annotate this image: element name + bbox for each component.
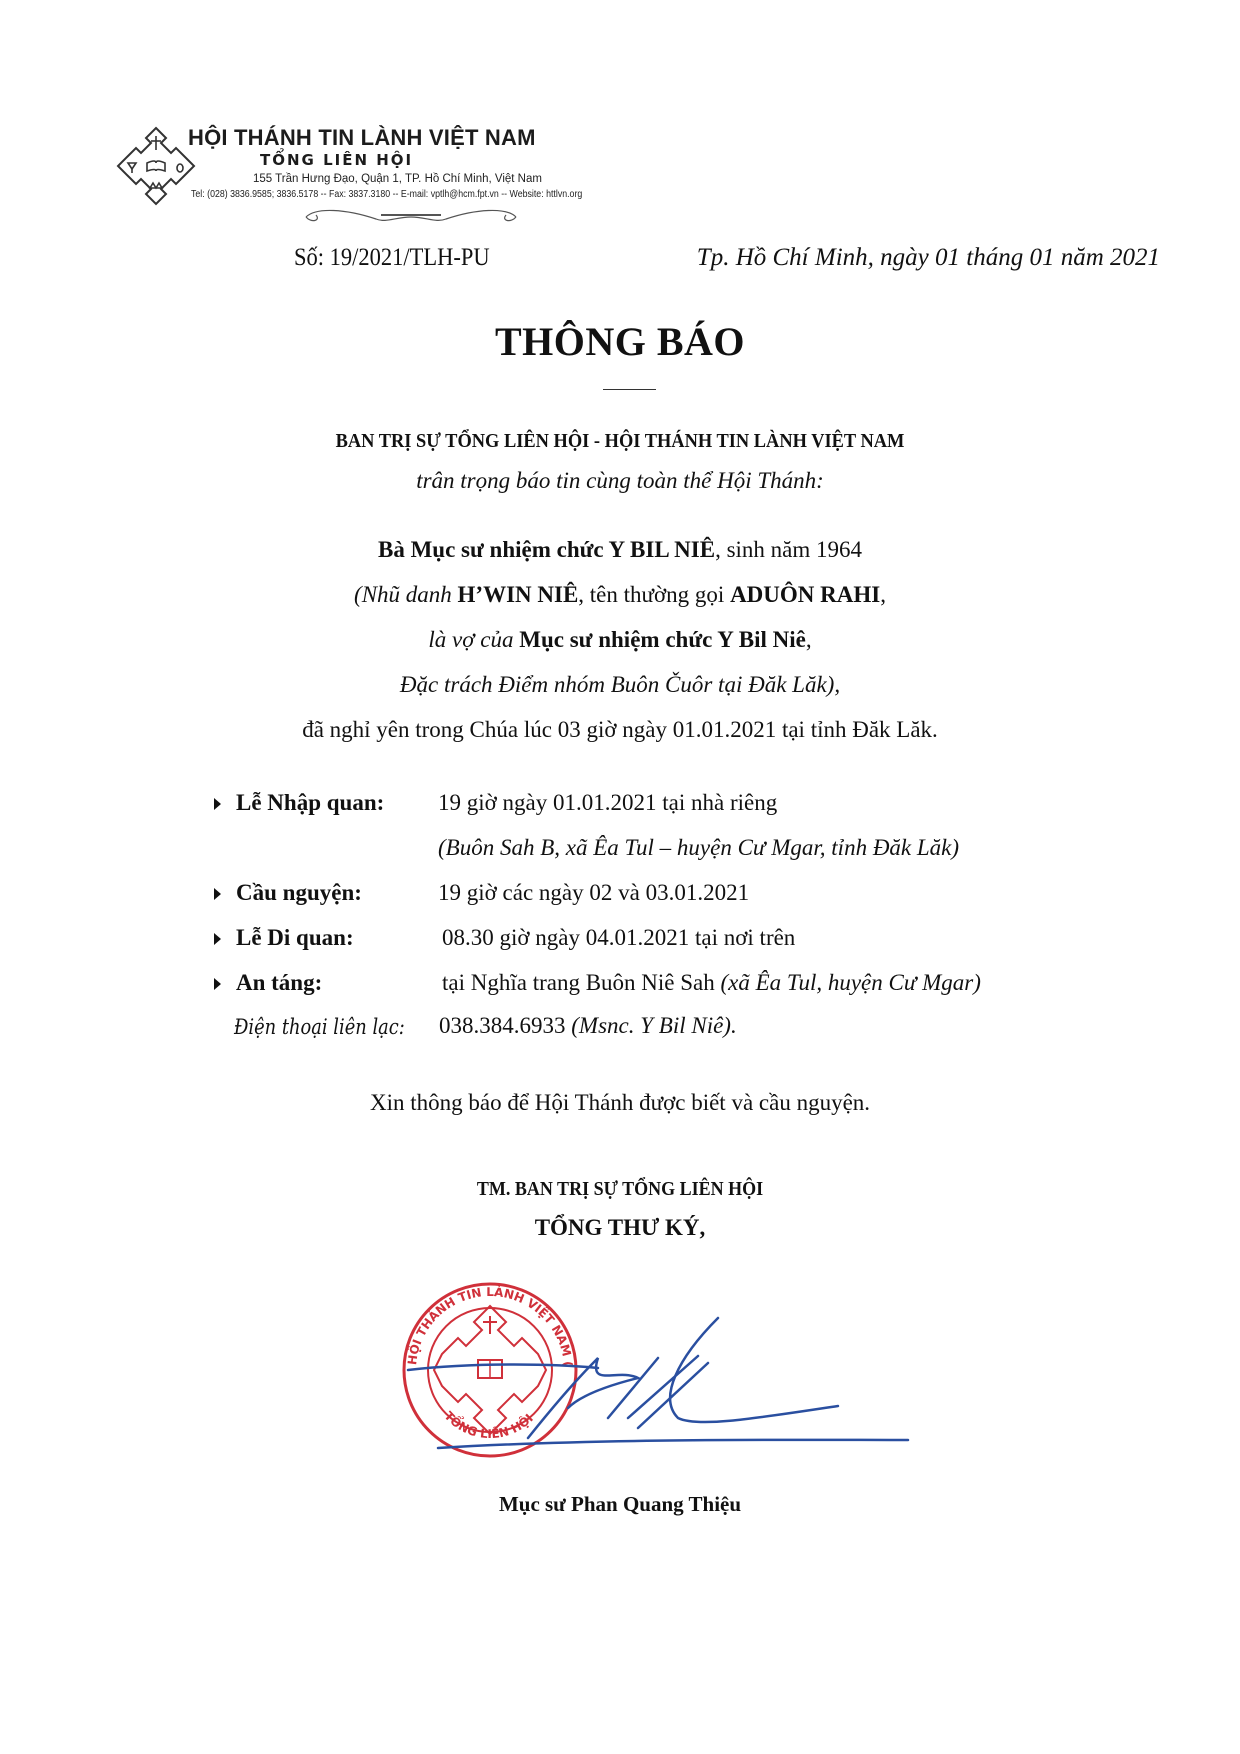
maiden-name-label: (Nhũ danh (354, 582, 458, 607)
svg-text:TỔNG LIÊN HỘI: TỔNG LIÊN HỘI (441, 1409, 535, 1441)
common-name: ADUÔN RAHI (730, 582, 880, 607)
punctuation: , (806, 627, 812, 652)
page-title: THÔNG BÁO (0, 318, 1240, 365)
schedule-note: (Buôn Sah B, xã Êa Tul – huyện Cư Mgar, … (438, 835, 959, 861)
org-name: HỘI THÁNH TIN LÀNH VIỆT NAM (188, 125, 536, 151)
flourish-divider-icon (286, 205, 536, 227)
contact-phone: 038.384.6933 (439, 1013, 571, 1038)
maiden-name: H’WIN NIÊ (458, 582, 579, 607)
title-divider (603, 389, 656, 390)
deceased-line-2: (Nhũ danh H’WIN NIÊ, tên thường gọi ADUÔ… (0, 582, 1240, 608)
org-address: 155 Trần Hưng Đạo, Quận 1, TP. Hồ Chí Mi… (253, 173, 542, 185)
triangle-bullet-icon (214, 978, 221, 990)
burial-place: tại Nghĩa trang Buôn Niê Sah (442, 970, 721, 995)
contact-value: 038.384.6933 (Msnc. Y Bil Niê). (439, 1013, 737, 1039)
org-contact: Tel: (028) 3836.9585; 3836.5178 -- Fax: … (191, 189, 582, 200)
schedule-label-text: Lễ Di quan (236, 925, 346, 950)
triangle-bullet-icon (214, 933, 221, 945)
deceased-line-3: là vợ của Mục sư nhiệm chức Y Bil Niê, (0, 627, 1240, 653)
triangle-bullet-icon (214, 798, 221, 810)
place-date: Tp. Hồ Chí Minh, ngày 01 tháng 01 năm 20… (697, 244, 1160, 272)
intro-text: trân trọng báo tin cùng toàn thể Hội Thá… (0, 468, 1240, 494)
contact-name: (Msnc. Y Bil Niê). (571, 1013, 736, 1038)
deceased-name: Bà Mục sư nhiệm chức Y BIL NIÊ (378, 537, 715, 562)
schedule-label-text: An táng (236, 970, 315, 995)
schedule-label: Lễ Di quan: (236, 925, 354, 951)
signature-title: TỔNG THƯ KÝ, (0, 1215, 1240, 1241)
schedule-label: Lễ Nhập quan: (236, 790, 384, 816)
schedule-label-text: Lễ Nhập quan (236, 790, 377, 815)
official-stamp-signature-icon: HỘI THÁNH TIN LÀNH VIỆT NAM (MIỀN NAM) T… (398, 1278, 1158, 1458)
schedule-value: 19 giờ các ngày 02 và 03.01.2021 (438, 880, 749, 906)
birth-year: , sinh năm 1964 (715, 537, 862, 562)
deceased-line-1: Bà Mục sư nhiệm chức Y BIL NIÊ, sinh năm… (0, 537, 1240, 563)
schedule-value: tại Nghĩa trang Buôn Niê Sah (xã Êa Tul,… (442, 970, 981, 996)
org-subtitle: TỔNG LIÊN HỘI (260, 151, 413, 169)
deceased-line-4: Đặc trách Điểm nhóm Buôn Čuôr tại Đăk Lă… (0, 672, 1240, 698)
schedule-value: 19 giờ ngày 01.01.2021 tại nhà riêng (438, 790, 777, 816)
deceased-line-5: đã nghỉ yên trong Chúa lúc 03 giờ ngày 0… (0, 717, 1240, 743)
schedule-value: 08.30 giờ ngày 04.01.2021 tại nơi trên (442, 925, 795, 951)
closing-text: Xin thông báo để Hội Thánh được biết và … (0, 1090, 1240, 1116)
spouse-label: là vợ của (428, 627, 519, 652)
schedule-label: Cầu nguyện: (236, 880, 362, 906)
triangle-bullet-icon (214, 888, 221, 900)
issuer: BAN TRỊ SỰ TỔNG LIÊN HỘI - HỘI THÁNH TIN… (50, 430, 1191, 453)
contact-label: Điện thoại liên lạc: (234, 1015, 405, 1039)
signer-name: Mục sư Phan Quang Thiệu (0, 1492, 1240, 1517)
common-name-label: , tên thường gọi (578, 582, 730, 607)
schedule-label-text: Cầu nguyện (236, 880, 354, 905)
burial-place-note: (xã Êa Tul, huyện Cư Mgar) (721, 970, 981, 995)
schedule-label: An táng: (236, 970, 322, 996)
punctuation: , (880, 582, 886, 607)
spouse-name: Mục sư nhiệm chức Y Bil Niê (519, 627, 806, 652)
document-number: Số: 19/2021/TLH-PU (294, 244, 490, 272)
signature-org: TM. BAN TRỊ SỰ TỔNG LIÊN HỘI (62, 1178, 1178, 1201)
church-cross-emblem-icon (116, 126, 196, 206)
